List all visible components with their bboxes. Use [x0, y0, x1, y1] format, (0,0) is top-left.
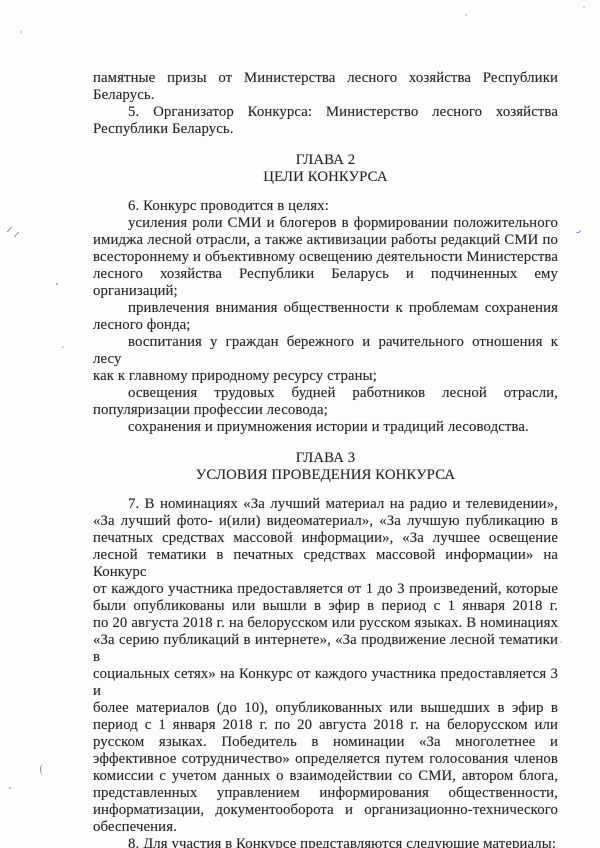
text-line: усиления роли СМИ и блогеров в формирова…: [93, 215, 558, 232]
text-line: 5. Организатор Конкурса: Министерство ле…: [93, 104, 558, 121]
paragraph: памятные призы от Министерства лесного х…: [93, 70, 558, 104]
text-line: сохранения и приумножения истории и трад…: [93, 419, 558, 436]
text-line: эффективное сотрудничество» определяется…: [93, 751, 558, 768]
text-line: лесной тематики в печатных средствах мас…: [93, 547, 558, 581]
text-line: социальных сетях» на Конкурс от каждого …: [93, 666, 558, 700]
text-line: русском языках. Победитель в номинации «…: [93, 734, 558, 751]
scan-speck: [560, 641, 562, 643]
text-line: всестороннему и объективному освещению д…: [93, 249, 558, 266]
text-line: обеспечения.: [93, 819, 558, 836]
text-line: имиджа лесной отрасли, а также активизац…: [93, 232, 558, 249]
paragraph: привлечения внимания общественности к пр…: [93, 300, 558, 334]
text-line: привлечения внимания общественности к пр…: [93, 300, 558, 317]
blue-pen-mark: [574, 226, 582, 234]
paragraph: усиления роли СМИ и блогеров в формирова…: [93, 215, 558, 300]
text-line: воспитания у граждан бережного и рачител…: [93, 334, 558, 368]
paragraph: 5. Организатор Конкурса: Министерство ле…: [93, 104, 558, 138]
margin-mark: [40, 764, 46, 775]
document-page: памятные призы от Министерства лесного х…: [0, 0, 600, 848]
text-line: более материалов (до 10), опубликованных…: [93, 700, 558, 717]
paragraph: 6. Конкурс проводится в целях:: [93, 198, 558, 215]
text-line: период с 1 января 2018 г. по 20 августа …: [93, 717, 558, 734]
text-line: Беларусь.: [93, 87, 558, 104]
text-line: освещения трудовых будней работников лес…: [93, 385, 558, 402]
text-line: лесного фонда;: [93, 317, 558, 334]
text-line: «За серию публикаций в интернете», «За п…: [93, 632, 558, 666]
heading-line: ГЛАВА 3: [93, 450, 558, 467]
text-line: по 20 августа 2018 г. на белорусском или…: [93, 615, 558, 632]
pen-mark: [7, 227, 12, 233]
paragraph: освещения трудовых будней работников лес…: [93, 385, 558, 419]
text-line: 6. Конкурс проводится в целях:: [93, 198, 558, 215]
heading-line: ЦЕЛИ КОНКУРСА: [93, 169, 558, 186]
pen-mark: [14, 232, 19, 238]
text-line: 7. В номинациях «За лучший материал на р…: [93, 496, 558, 513]
text-line: памятные призы от Министерства лесного х…: [93, 70, 558, 87]
document-content: памятные призы от Министерства лесного х…: [93, 0, 558, 848]
text-line: от каждого участника предоставляется от …: [93, 581, 558, 598]
chapter-heading: ГЛАВА 3УСЛОВИЯ ПРОВЕДЕНИЯ КОНКУРСА: [93, 450, 558, 484]
scan-speck: [56, 283, 58, 285]
paragraph: 7. В номинациях «За лучший материал на р…: [93, 496, 558, 836]
scan-speck: [20, 31, 22, 33]
paragraph: 8. Для участия в Конкурсе представляются…: [93, 836, 558, 848]
text-line: представленных управлением информировани…: [93, 785, 558, 802]
text-line: печатных средствах массовой информации»,…: [93, 530, 558, 547]
text-line: «За лучший фото- и(или) видеоматериал», …: [93, 513, 558, 530]
text-line: информатизации, документооборота и орган…: [93, 802, 558, 819]
text-line: 8. Для участия в Конкурсе представляются…: [93, 836, 558, 848]
heading-line: ГЛАВА 2: [93, 152, 558, 169]
chapter-heading: ГЛАВА 2ЦЕЛИ КОНКУРСА: [93, 152, 558, 186]
text-line: как к главному природному ресурсу страны…: [93, 368, 558, 385]
scan-speck: [62, 346, 64, 348]
text-line: комиссии с учетом данных о взаимодействи…: [93, 768, 558, 785]
text-line: Республики Беларусь.: [93, 121, 558, 138]
text-line: популяризации профессии лесовода;: [93, 402, 558, 419]
text-line: лесного хозяйства Республики Беларусь и …: [93, 266, 558, 300]
scan-speck: [9, 787, 11, 789]
paragraph: воспитания у граждан бережного и рачител…: [93, 334, 558, 385]
scan-speck: [583, 6, 585, 8]
paragraph: сохранения и приумножения истории и трад…: [93, 419, 558, 436]
heading-line: УСЛОВИЯ ПРОВЕДЕНИЯ КОНКУРСА: [93, 467, 558, 484]
text-line: были опубликованы или вышли в эфир в пер…: [93, 598, 558, 615]
